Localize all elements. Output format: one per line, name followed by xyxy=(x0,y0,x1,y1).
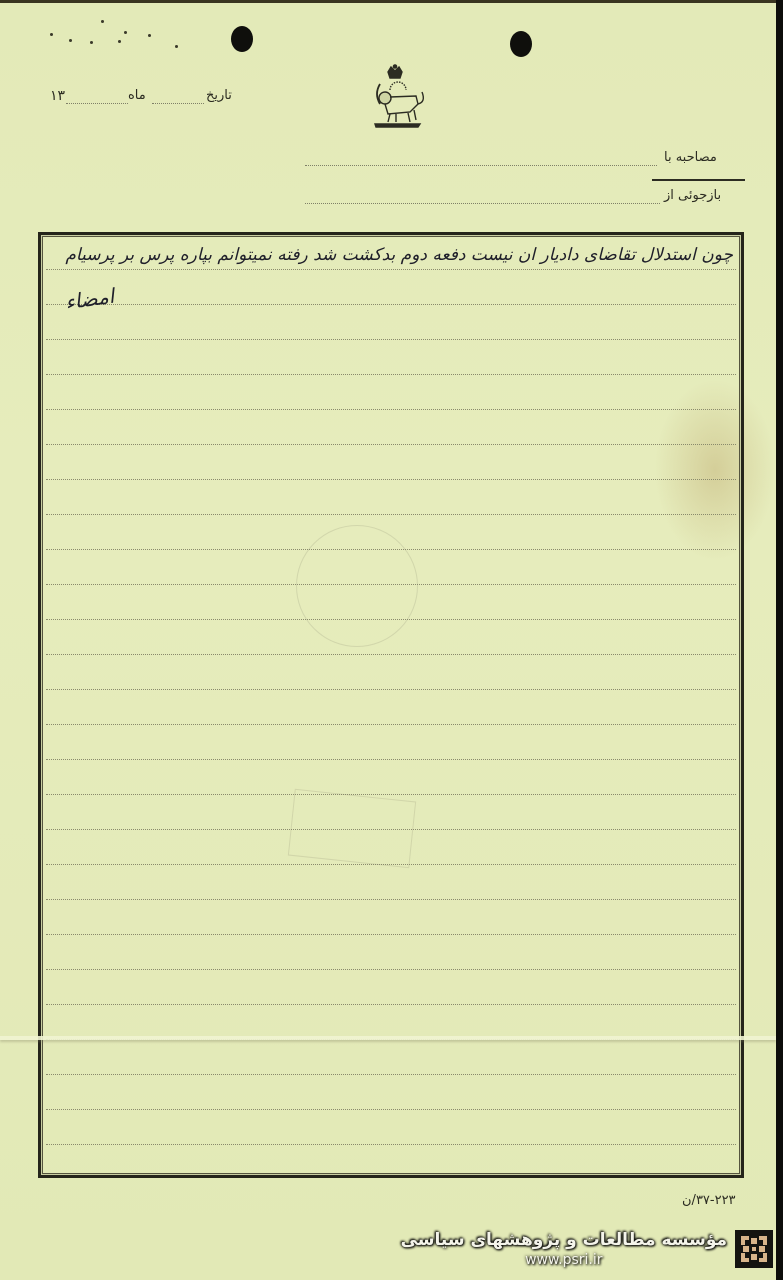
interrogation-of-label: بازجوئی از xyxy=(664,188,721,203)
ruled-line xyxy=(46,339,736,340)
ruled-line xyxy=(46,409,736,410)
scan-right-border xyxy=(776,0,783,1280)
ruled-line xyxy=(46,1109,736,1110)
year-prefix: ۱۳ xyxy=(50,88,65,104)
month-field-line[interactable] xyxy=(152,103,204,104)
ink-speck xyxy=(101,20,104,23)
ruled-line xyxy=(46,759,736,760)
ruled-line xyxy=(46,444,736,445)
paper-fold xyxy=(0,1036,776,1040)
document-number: ۳۷-۲۲۳/ن xyxy=(682,1193,736,1208)
ink-speck xyxy=(175,45,178,48)
handwritten-signature: امضاء xyxy=(64,284,116,315)
ruled-line xyxy=(46,304,736,305)
interrogation-of-field-line[interactable] xyxy=(305,203,660,204)
ruled-line xyxy=(46,514,736,515)
ink-speck xyxy=(124,31,127,34)
month-label: ماه xyxy=(128,88,146,103)
ruled-line xyxy=(46,654,736,655)
ruled-line xyxy=(46,724,736,725)
ruled-line xyxy=(46,1004,736,1005)
lion-and-sun-emblem-icon xyxy=(360,64,430,134)
date-label: تاریخ xyxy=(206,88,232,103)
year-field-line[interactable] xyxy=(66,103,128,104)
ruled-line xyxy=(46,689,736,690)
handwritten-answer-line-1: چون استدلال تقاضای دادیار ان نیست دفعه د… xyxy=(65,245,733,265)
punch-hole-left xyxy=(231,26,253,52)
ruled-line xyxy=(46,969,736,970)
faded-stamp-circle xyxy=(296,525,418,647)
psri-logo-icon xyxy=(735,1230,773,1268)
ink-speck xyxy=(118,40,121,43)
document-page: ۱۳ ماه تاریخ مصاحبه با بازجوئی از xyxy=(0,0,776,1280)
psri-watermark: مؤسسه مطالعات و پژوهشهای سیاسی www.psri.… xyxy=(401,1230,773,1268)
ink-speck xyxy=(148,34,151,37)
ruled-line xyxy=(46,934,736,935)
header-divider xyxy=(652,179,745,181)
ruled-line xyxy=(46,794,736,795)
faded-stamp-box xyxy=(288,789,416,868)
ruled-line xyxy=(46,1144,736,1145)
scan-top-border xyxy=(0,0,783,3)
ink-speck xyxy=(90,41,93,44)
punch-hole-right xyxy=(510,31,532,57)
ruled-line xyxy=(46,899,736,900)
ruled-line xyxy=(46,1074,736,1075)
interview-with-label: مصاحبه با xyxy=(664,150,717,165)
ruled-line xyxy=(46,479,736,480)
ruled-line xyxy=(46,374,736,375)
ink-speck xyxy=(69,39,72,42)
watermark-url[interactable]: www.psri.ir xyxy=(525,1252,602,1268)
ruled-line xyxy=(46,269,736,270)
watermark-institution-name: مؤسسه مطالعات و پژوهشهای سیاسی xyxy=(401,1230,727,1250)
interview-with-field-line[interactable] xyxy=(305,165,657,166)
ink-speck xyxy=(50,33,53,36)
